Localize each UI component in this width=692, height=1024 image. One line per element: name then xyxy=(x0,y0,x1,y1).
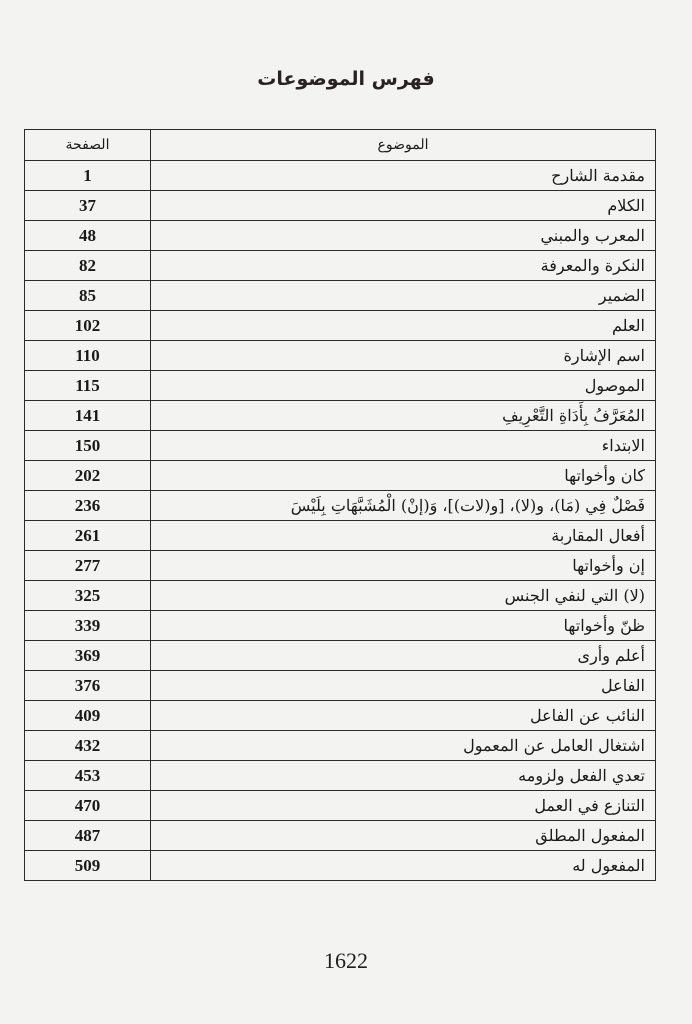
page-cell: 409 xyxy=(25,701,151,731)
page-cell: 48 xyxy=(25,221,151,251)
table-of-contents: الموضوع الصفحة مقدمة الشارح1الكلام37المع… xyxy=(24,129,656,881)
table-row: النكرة والمعرفة82 xyxy=(25,251,656,281)
page-number: 1622 xyxy=(0,948,692,974)
topic-cell: المفعول المطلق xyxy=(151,821,656,851)
page-cell: 369 xyxy=(25,641,151,671)
topic-cell: النائب عن الفاعل xyxy=(151,701,656,731)
page-cell: 102 xyxy=(25,311,151,341)
table-row: اسم الإشارة110 xyxy=(25,341,656,371)
table-row: المعرب والمبني48 xyxy=(25,221,656,251)
page-cell: 376 xyxy=(25,671,151,701)
table-row: مقدمة الشارح1 xyxy=(25,161,656,191)
page-cell: 82 xyxy=(25,251,151,281)
page-cell: 453 xyxy=(25,761,151,791)
topic-cell: أفعال المقاربة xyxy=(151,521,656,551)
table-row: العلم102 xyxy=(25,311,656,341)
page-cell: 470 xyxy=(25,791,151,821)
table-row: ظنّ وأخواتها339 xyxy=(25,611,656,641)
page-cell: 432 xyxy=(25,731,151,761)
topic-cell: الموصول xyxy=(151,371,656,401)
page-cell: 509 xyxy=(25,851,151,881)
page-cell: 85 xyxy=(25,281,151,311)
page-cell: 115 xyxy=(25,371,151,401)
topic-cell: مقدمة الشارح xyxy=(151,161,656,191)
page-cell: 325 xyxy=(25,581,151,611)
table-row: كان وأخواتها202 xyxy=(25,461,656,491)
table-header-row: الموضوع الصفحة xyxy=(25,130,656,161)
page-cell: 110 xyxy=(25,341,151,371)
table-row: الضمير85 xyxy=(25,281,656,311)
page-cell: 1 xyxy=(25,161,151,191)
topic-cell: ظنّ وأخواتها xyxy=(151,611,656,641)
topic-cell: كان وأخواتها xyxy=(151,461,656,491)
table-row: أفعال المقاربة261 xyxy=(25,521,656,551)
table-row: النائب عن الفاعل409 xyxy=(25,701,656,731)
page-cell: 339 xyxy=(25,611,151,641)
topic-cell: التنازع في العمل xyxy=(151,791,656,821)
table-row: المُعَرَّفُ بِأَدَاةِ التَّعْرِيفِ141 xyxy=(25,401,656,431)
table-row: الكلام37 xyxy=(25,191,656,221)
page-cell: 37 xyxy=(25,191,151,221)
page-cell: 261 xyxy=(25,521,151,551)
table-row: أعلم وأرى369 xyxy=(25,641,656,671)
table-row: تعدي الفعل ولزومه453 xyxy=(25,761,656,791)
page-cell: 487 xyxy=(25,821,151,851)
header-topic: الموضوع xyxy=(151,130,656,161)
table-row: فَصْلٌ فِي (مَا)، و(لا)، [و(لات)]، وَ(إن… xyxy=(25,491,656,521)
page-cell: 277 xyxy=(25,551,151,581)
topic-cell: العلم xyxy=(151,311,656,341)
page-cell: 141 xyxy=(25,401,151,431)
table-body: مقدمة الشارح1الكلام37المعرب والمبني48الن… xyxy=(25,161,656,881)
topic-cell: اسم الإشارة xyxy=(151,341,656,371)
topic-cell: (لا) التي لنفي الجنس xyxy=(151,581,656,611)
topic-cell: الفاعل xyxy=(151,671,656,701)
topic-cell: اشتغال العامل عن المعمول xyxy=(151,731,656,761)
topic-cell: المُعَرَّفُ بِأَدَاةِ التَّعْرِيفِ xyxy=(151,401,656,431)
topic-cell: إن وأخواتها xyxy=(151,551,656,581)
page-cell: 236 xyxy=(25,491,151,521)
table-row: الموصول115 xyxy=(25,371,656,401)
topic-cell: الابتداء xyxy=(151,431,656,461)
table-row: المفعول له509 xyxy=(25,851,656,881)
topic-cell: المعرب والمبني xyxy=(151,221,656,251)
page-cell: 150 xyxy=(25,431,151,461)
table-row: الابتداء150 xyxy=(25,431,656,461)
table-row: التنازع في العمل470 xyxy=(25,791,656,821)
table-row: (لا) التي لنفي الجنس325 xyxy=(25,581,656,611)
header-page: الصفحة xyxy=(25,130,151,161)
table-row: إن وأخواتها277 xyxy=(25,551,656,581)
table-row: اشتغال العامل عن المعمول432 xyxy=(25,731,656,761)
topic-cell: النكرة والمعرفة xyxy=(151,251,656,281)
topic-cell: المفعول له xyxy=(151,851,656,881)
topic-cell: الكلام xyxy=(151,191,656,221)
topic-cell: تعدي الفعل ولزومه xyxy=(151,761,656,791)
table-row: المفعول المطلق487 xyxy=(25,821,656,851)
topic-cell: أعلم وأرى xyxy=(151,641,656,671)
topic-cell: الضمير xyxy=(151,281,656,311)
topic-cell: فَصْلٌ فِي (مَا)، و(لا)، [و(لات)]، وَ(إن… xyxy=(151,491,656,521)
page-cell: 202 xyxy=(25,461,151,491)
table-row: الفاعل376 xyxy=(25,671,656,701)
page-title: فهرس الموضوعات xyxy=(0,68,692,90)
